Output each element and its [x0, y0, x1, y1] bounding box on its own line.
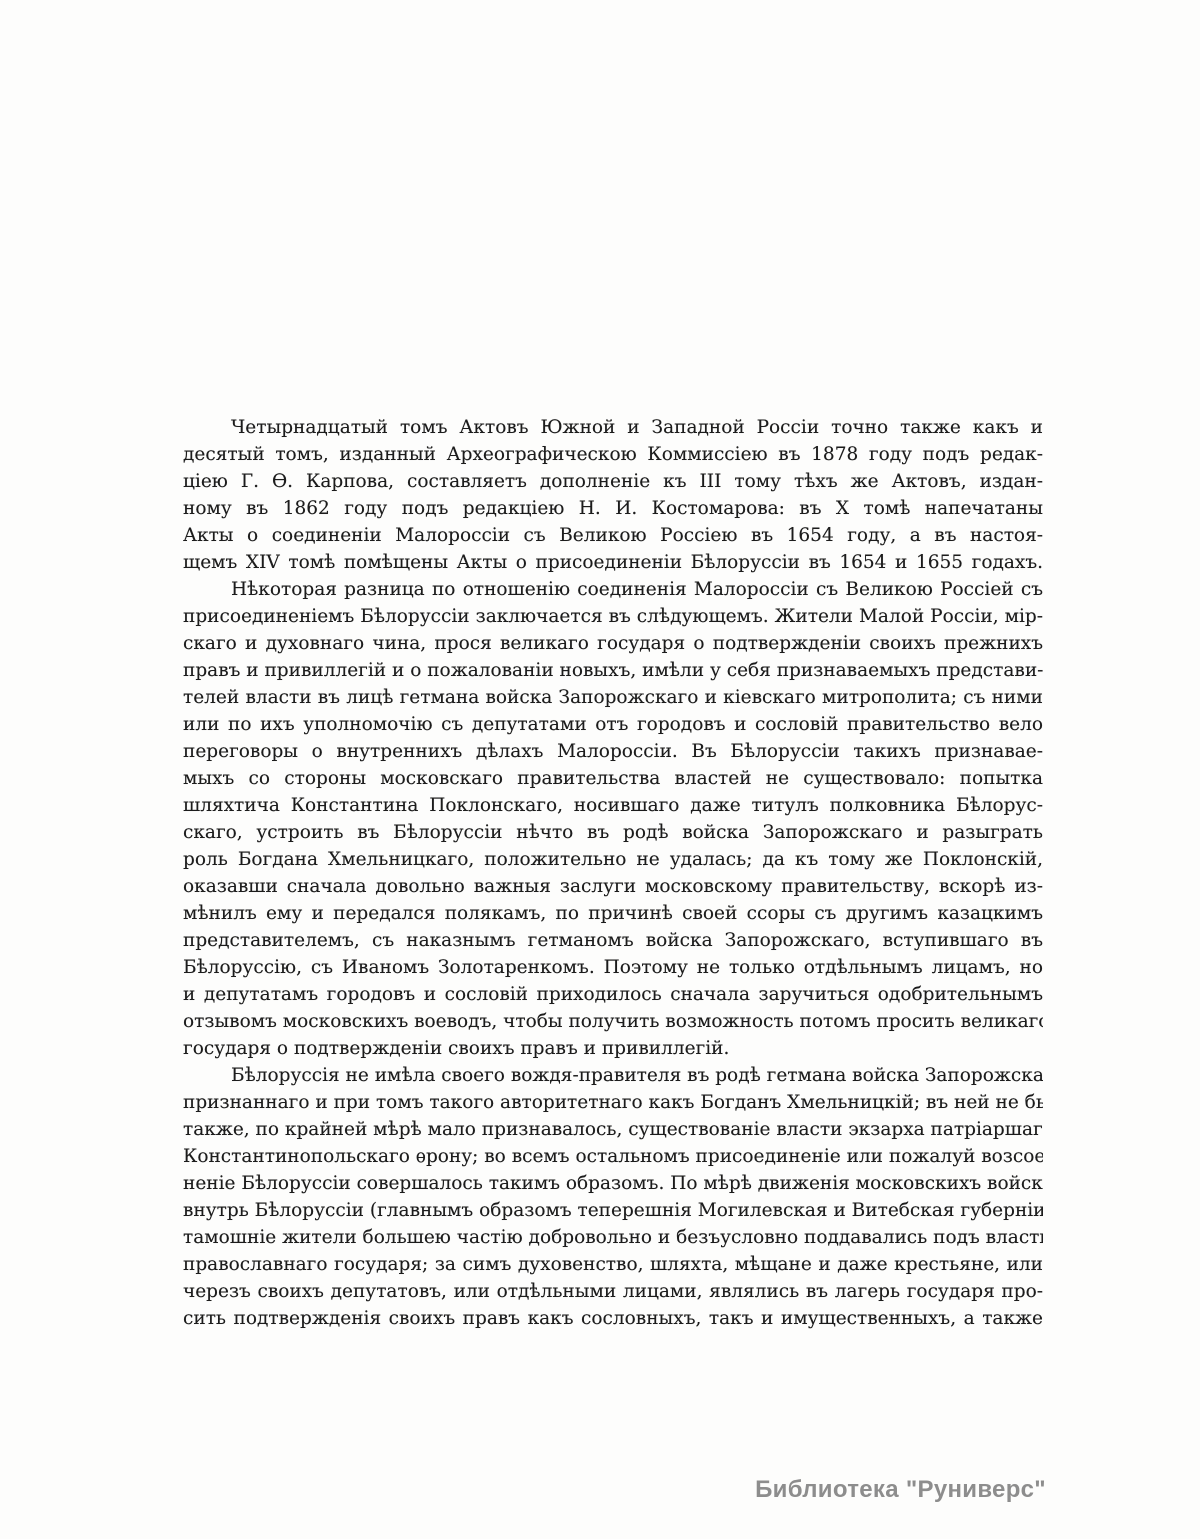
text-line: Бѣлоруссія не имѣла своего вождя-правите…	[183, 1062, 1043, 1089]
text-line: признаннаго и при томъ такого авторитетн…	[183, 1089, 1043, 1116]
text-block: Четырнадцатый томъ Актовъ Южной и Западн…	[183, 414, 1043, 1332]
book-page-scan: Четырнадцатый томъ Актовъ Южной и Западн…	[0, 0, 1200, 1539]
text-line: телей власти въ лицѣ гетмана войска Запо…	[183, 684, 1043, 711]
text-line: мыхъ со стороны московскаго правительств…	[183, 765, 1043, 792]
paragraph-2: Нѣкоторая разница по отношенію соединені…	[183, 576, 1043, 1062]
text-line: щемъ XIV томѣ помѣщены Акты о присоедине…	[183, 549, 1043, 576]
text-line: переговоры о внутреннихъ дѣлахъ Малоросс…	[183, 738, 1043, 765]
text-line: внутрь Бѣлоруссіи (главнымъ образомъ теп…	[183, 1197, 1043, 1224]
text-line: или по ихъ уполномочію съ депутатами отъ…	[183, 711, 1043, 738]
text-line: сить подтвержденія своихъ правъ какъ сос…	[183, 1305, 1043, 1332]
text-line: ціею Г. Ѳ. Карпова, составляетъ дополнен…	[183, 468, 1043, 495]
text-line: православнаго государя; за симъ духовенс…	[183, 1251, 1043, 1278]
text-line: Акты о соединеніи Малороссіи съ Великою …	[183, 522, 1043, 549]
text-line: неніе Бѣлоруссіи совершалось такимъ обра…	[183, 1170, 1043, 1197]
text-line: представителемъ, съ наказнымъ гетманомъ …	[183, 927, 1043, 954]
runivers-library-watermark: Библиотека "Руниверс"	[755, 1476, 1046, 1504]
text-line: скаго, устроить въ Бѣлоруссіи нѣчто въ р…	[183, 819, 1043, 846]
text-line: роль Богдана Хмельницкаго, положительно …	[183, 846, 1043, 873]
text-line: шляхтича Константина Поклонскаго, носивш…	[183, 792, 1043, 819]
text-line: скаго и духовнаго чина, прося великаго г…	[183, 630, 1043, 657]
text-line: тамошніе жители большею частію доброволь…	[183, 1224, 1043, 1251]
text-line: присоединеніемъ Бѣлоруссіи заключается в…	[183, 603, 1043, 630]
text-line: десятый томъ, изданный Археографическою …	[183, 441, 1043, 468]
text-line: и депутатамъ городовъ и сословій приходи…	[183, 981, 1043, 1008]
text-line: оказавши сначала довольно важныя заслуги…	[183, 873, 1043, 900]
paragraph-1: Четырнадцатый томъ Актовъ Южной и Западн…	[183, 414, 1043, 576]
text-line: Нѣкоторая разница по отношенію соединені…	[183, 576, 1043, 603]
text-line: государя о подтвержденіи своихъ правъ и …	[183, 1035, 1043, 1062]
text-line: правъ и привиллегій и о пожалованіи новы…	[183, 657, 1043, 684]
text-line: Бѣлоруссію, съ Иваномъ Золотаренкомъ. По…	[183, 954, 1043, 981]
text-line: черезъ своихъ депутатовъ, или отдѣльными…	[183, 1278, 1043, 1305]
text-line: ному въ 1862 году подъ редакціею Н. И. К…	[183, 495, 1043, 522]
text-line: Константинопольскаго ѳрону; во всемъ ост…	[183, 1143, 1043, 1170]
text-line: Четырнадцатый томъ Актовъ Южной и Западн…	[183, 414, 1043, 441]
text-line: мѣнилъ ему и передался полякамъ, по прич…	[183, 900, 1043, 927]
text-line: также, по крайней мѣрѣ мало признавалось…	[183, 1116, 1043, 1143]
paragraph-3: Бѣлоруссія не имѣла своего вождя-правите…	[183, 1062, 1043, 1332]
text-line: отзывомъ московскихъ воеводъ, чтобы полу…	[183, 1008, 1043, 1035]
